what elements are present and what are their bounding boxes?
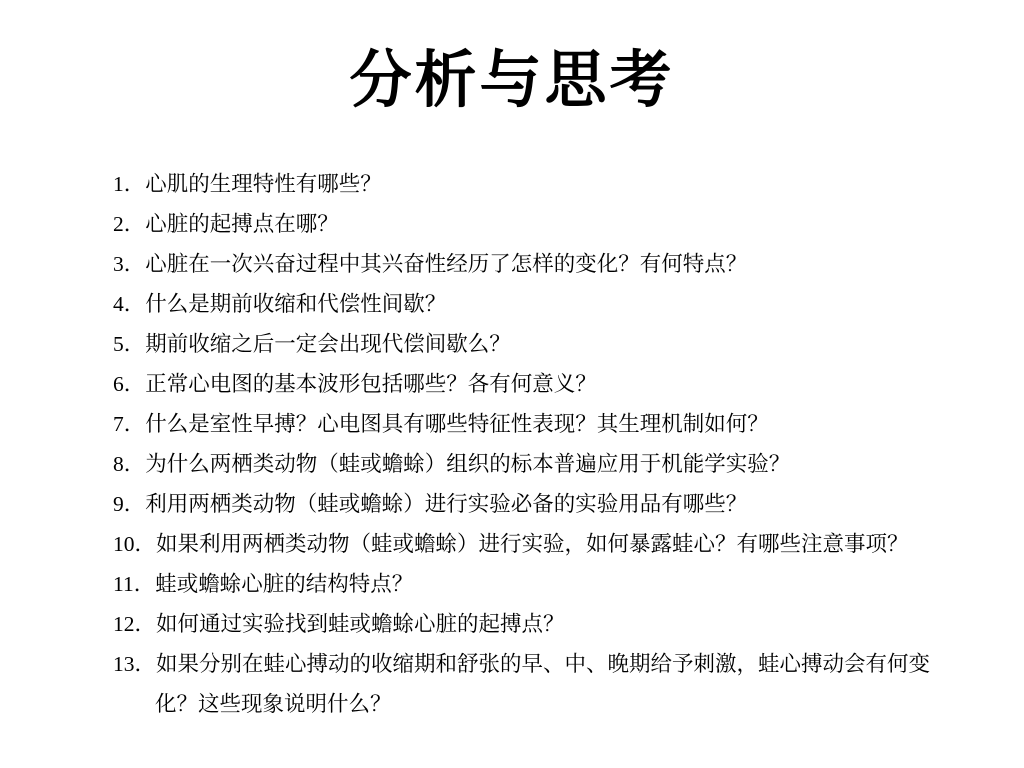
item-text: 利用两栖类动物（蛙或蟾蜍）进行实验必备的实验用品有哪些？ — [145, 492, 747, 516]
list-item: 10．如果利用两栖类动物（蛙或蟾蜍）进行实验，如何暴露蛙心？有哪些注意事项？ — [113, 524, 949, 564]
list-item: 7．什么是室性早搏？心电图具有哪些特征性表现？其生理机制如何？ — [113, 404, 949, 444]
item-text: 心脏在一次兴奋过程中其兴奋性经历了怎样的变化？有何特点？ — [145, 252, 747, 276]
item-text: 正常心电图的基本波形包括哪些？各有何意义？ — [145, 372, 597, 396]
item-text: 心脏的起搏点在哪？ — [145, 212, 339, 236]
list-item: 13．如果分别在蛙心搏动的收缩期和舒张的早、中、晚期给予刺激，蛙心搏动会有何变化… — [113, 644, 949, 724]
item-text: 如何通过实验找到蛙或蟾蜍心脏的起搏点？ — [156, 612, 565, 636]
list-item: 12．如何通过实验找到蛙或蟾蜍心脏的起搏点？ — [113, 604, 949, 644]
item-text: 什么是室性早搏？心电图具有哪些特征性表现？其生理机制如何？ — [145, 412, 769, 436]
list-item: 11．蛙或蟾蜍心脏的结构特点？ — [113, 564, 949, 604]
item-number: 13． — [113, 652, 156, 676]
item-number: 2． — [113, 212, 145, 236]
item-number: 8． — [113, 452, 145, 476]
item-text: 蛙或蟾蜍心脏的结构特点？ — [155, 572, 413, 596]
item-number: 12． — [113, 612, 156, 636]
item-text: 如果利用两栖类动物（蛙或蟾蜍）进行实验，如何暴露蛙心？有哪些注意事项？ — [156, 532, 909, 556]
item-number: 1． — [113, 172, 145, 196]
list-item: 9．利用两栖类动物（蛙或蟾蜍）进行实验必备的实验用品有哪些？ — [113, 484, 949, 524]
list-item: 4．什么是期前收缩和代偿性间歇？ — [113, 284, 949, 324]
list-item: 6．正常心电图的基本波形包括哪些？各有何意义？ — [113, 364, 949, 404]
item-text: 为什么两栖类动物（蛙或蟾蜍）组织的标本普遍应用于机能学实验？ — [145, 452, 790, 476]
presentation-slide: 分析与思考 1．心肌的生理特性有哪些？ 2．心脏的起搏点在哪？ 3．心脏在一次兴… — [0, 0, 1024, 768]
item-number: 9． — [113, 492, 145, 516]
list-item: 3．心脏在一次兴奋过程中其兴奋性经历了怎样的变化？有何特点？ — [113, 244, 949, 284]
item-text: 什么是期前收缩和代偿性间歇？ — [145, 292, 446, 316]
item-number: 7． — [113, 412, 145, 436]
item-text: 如果分别在蛙心搏动的收缩期和舒张的早、中、晚期给予刺激，蛙心搏动会有何变化？这些… — [155, 652, 930, 716]
item-number: 11． — [113, 572, 155, 596]
list-item: 1．心肌的生理特性有哪些？ — [113, 164, 949, 204]
list-item: 5．期前收缩之后一定会出现代偿间歇么？ — [113, 324, 949, 364]
list-item: 8．为什么两栖类动物（蛙或蟾蜍）组织的标本普遍应用于机能学实验？ — [113, 444, 949, 484]
slide-title: 分析与思考 — [0, 0, 1024, 118]
item-number: 10． — [113, 532, 156, 556]
question-list: 1．心肌的生理特性有哪些？ 2．心脏的起搏点在哪？ 3．心脏在一次兴奋过程中其兴… — [113, 164, 949, 724]
item-text: 期前收缩之后一定会出现代偿间歇么？ — [145, 332, 511, 356]
item-text: 心肌的生理特性有哪些？ — [145, 172, 382, 196]
item-number: 5． — [113, 332, 145, 356]
item-number: 6． — [113, 372, 145, 396]
list-item: 2．心脏的起搏点在哪？ — [113, 204, 949, 244]
item-number: 4． — [113, 292, 145, 316]
item-number: 3． — [113, 252, 145, 276]
